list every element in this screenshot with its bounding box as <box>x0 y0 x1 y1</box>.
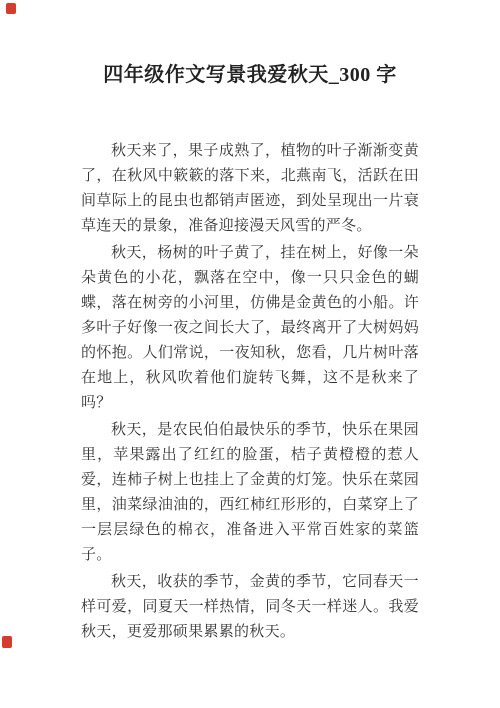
essay-paragraph: 秋天来了，果子成熟了，植物的叶子渐渐变黄了，在秋风中簌簌的落下来，北燕南飞，活跃… <box>81 139 419 239</box>
document-page: 四年级作文写景我爱秋天_300 字 秋天来了，果子成熟了，植物的叶子渐渐变黄了，… <box>0 0 500 708</box>
red-stamp-icon <box>6 3 16 14</box>
essay-paragraph: 秋天，收获的季节，金黄的季节，它同春天一样可爱，同夏天一样热情，同冬天一样迷人。… <box>81 570 419 645</box>
red-stamp-icon <box>2 636 12 648</box>
page-title: 四年级作文写景我爱秋天_300 字 <box>0 0 500 87</box>
essay-paragraph: 秋天，杨树的叶子黄了，挂在树上，好像一朵朵黄色的小花，飘落在空中，像一只只金色的… <box>81 241 419 416</box>
essay-paragraph: 秋天，是农民伯伯最快乐的季节，快乐在果园里，苹果露出了红红的脸蛋，桔子黄橙橙的惹… <box>81 418 419 568</box>
essay-body: 秋天来了，果子成熟了，植物的叶子渐渐变黄了，在秋风中簌簌的落下来，北燕南飞，活跃… <box>81 139 419 645</box>
